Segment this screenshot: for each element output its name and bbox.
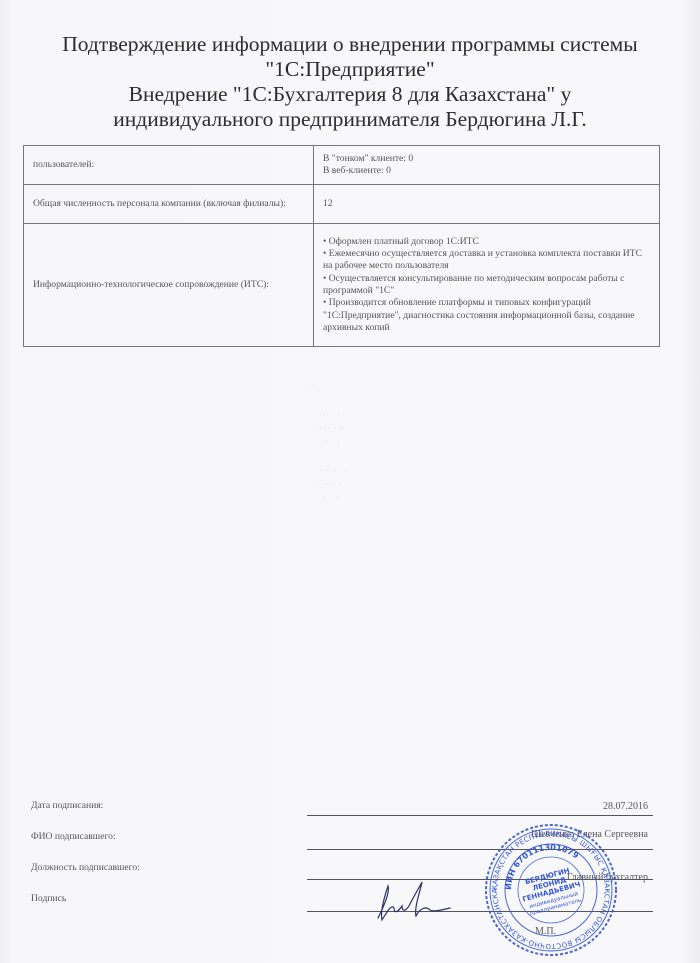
row-label: пользователей:	[24, 146, 314, 185]
table-row: пользователей: В "тонком" клиенте: 0 В в…	[24, 146, 660, 185]
faint-show-through-marks: · · · ·· · ·:·· ·:· ·· · · · · · · ··· ·…	[305, 380, 415, 530]
document-page: Подтверждение информации о внедрении про…	[0, 0, 700, 963]
title-line: Подтверждение информации о внедрении про…	[0, 32, 700, 57]
title-line: индивидуального предпринимателя Бердюгин…	[0, 107, 700, 132]
value-line: • Ежемесячно осуществляется доставка и у…	[323, 248, 650, 273]
document-title: Подтверждение информации о внедрении про…	[0, 32, 700, 132]
row-label: Общая численность персонала компании (вк…	[24, 185, 314, 224]
row-value: • Оформлен платный договор 1С:ИТС • Ежем…	[314, 224, 660, 347]
row-label: Информационно-технологическое сопровожде…	[24, 224, 314, 347]
seal-mark: М.П.	[535, 926, 556, 937]
row-value: В "тонком" клиенте: 0 В веб-клиенте: 0	[314, 146, 660, 185]
value-line: • Производится обновление платформы и ти…	[323, 297, 650, 334]
value-line: В "тонком" клиенте: 0	[323, 153, 650, 165]
signature-label: Подпись	[31, 893, 66, 904]
value-line: • Осуществляется консультирование по мет…	[323, 273, 650, 298]
table-row: Общая численность персонала компании (вк…	[24, 185, 660, 224]
value-line: • Оформлен платный договор 1С:ИТС	[323, 236, 650, 248]
position-label: Должность подписавшего:	[31, 862, 140, 873]
handwritten-signature	[372, 878, 452, 922]
date-line	[307, 815, 653, 816]
table-row: Информационно-технологическое сопровожде…	[24, 224, 660, 347]
name-label: ФИО подписавшего:	[31, 831, 116, 842]
seal-stamp: ҚАЗАҚСТАН РЕСПУБЛИКАСЫ ШЫҒЫС ҚАЗАҚСТАН О…	[483, 822, 619, 958]
title-line: Внедрение "1С:Бухгалтерия 8 для Казахста…	[0, 82, 700, 107]
value-line: В веб-клиенте: 0	[323, 165, 650, 177]
row-value: 12	[314, 185, 660, 224]
value-line: 12	[323, 198, 650, 210]
date-value: 28.07.2016	[603, 801, 648, 812]
title-line: "1С:Предприятие"	[0, 57, 700, 82]
date-label: Дата подписания:	[31, 800, 103, 811]
info-table: пользователей: В "тонком" клиенте: 0 В в…	[23, 145, 660, 347]
